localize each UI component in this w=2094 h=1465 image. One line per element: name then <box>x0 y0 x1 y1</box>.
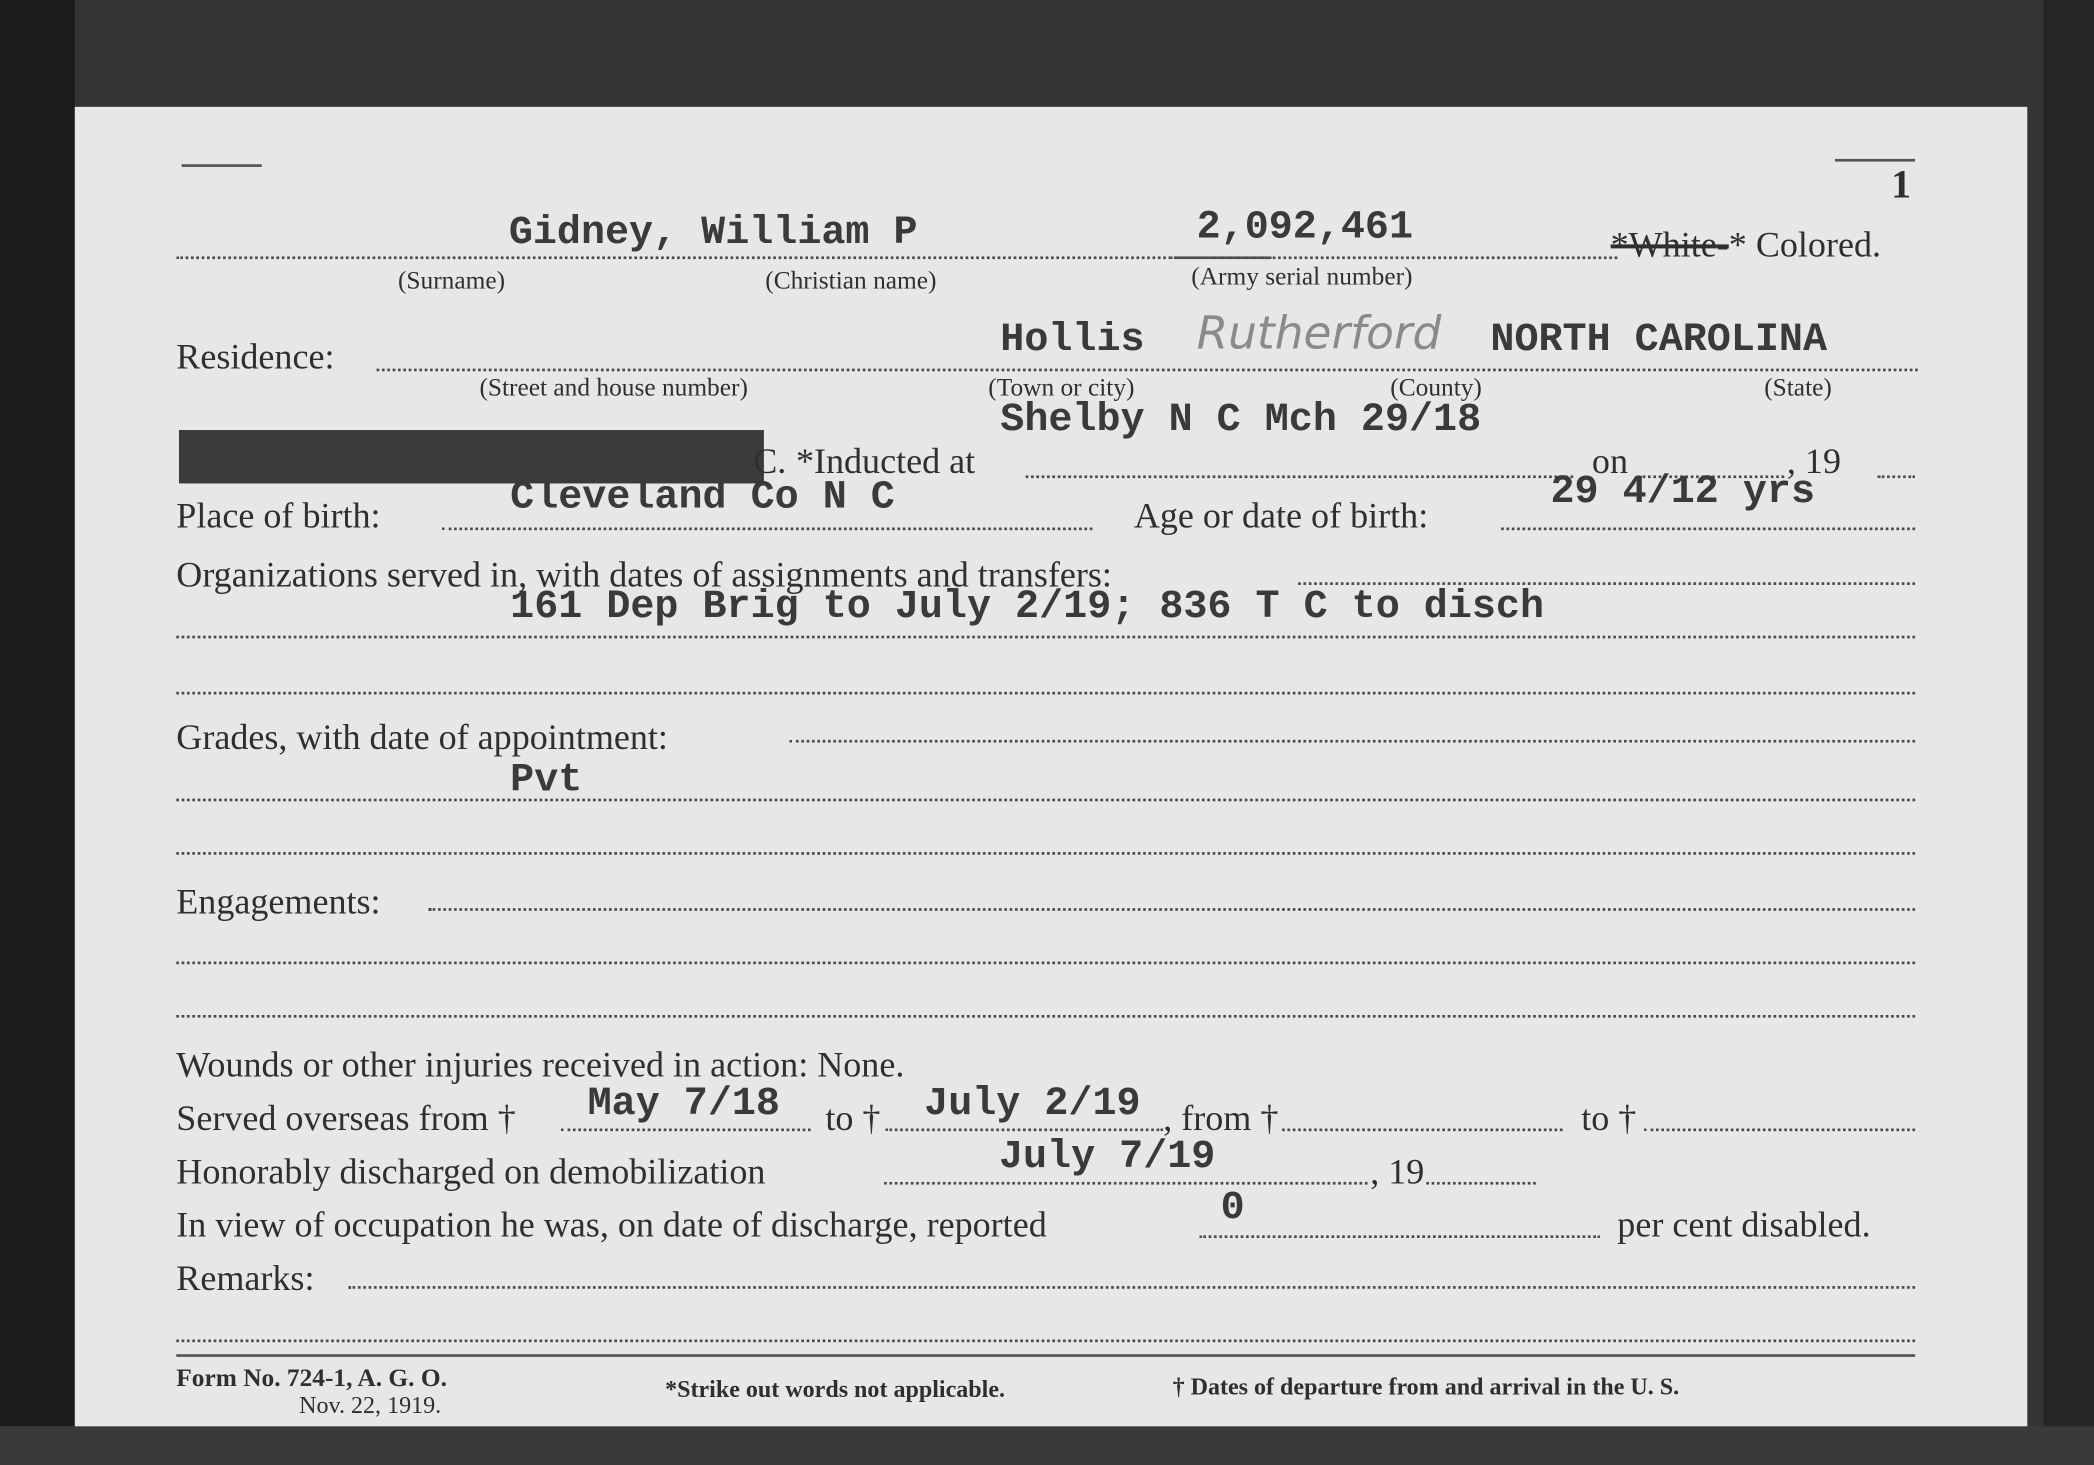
top-left-mark <box>182 164 262 167</box>
residence-state: NORTH CAROLINA <box>1490 318 1827 363</box>
scan-right-edge <box>2043 0 2094 1465</box>
scan-background: 1 Gidney, William P (Surname) (Christian… <box>0 0 2094 1465</box>
engagements-line-3 <box>176 1015 1915 1018</box>
age-label: Age or date of birth: <box>1134 495 1428 536</box>
discharge-line <box>884 1182 1367 1185</box>
residence-town: Hollis <box>1000 318 1144 363</box>
disability-label: In view of occupation he was, on date of… <box>176 1205 1046 1246</box>
overseas-label: Served overseas from † <box>176 1098 515 1139</box>
overseas-to-2-line <box>1644 1128 1915 1131</box>
grades-line-1 <box>789 740 1915 743</box>
birth-place-label: Place of birth: <box>176 495 380 536</box>
serial-value: 2,092,461 <box>1197 206 1413 251</box>
race-options: *White-* Colored. <box>1611 224 1881 265</box>
disability-value: 0 <box>1221 1186 1245 1231</box>
race-white-struck: *White <box>1611 224 1717 264</box>
strike-note: *Strike out words not applicable. <box>665 1376 1005 1404</box>
discharge-year: , 19 <box>1370 1151 1424 1192</box>
overseas-from-1-line <box>561 1128 811 1131</box>
overseas-from-1: May 7/18 <box>588 1082 780 1127</box>
form-number: Form No. 724-1, A. G. O. <box>176 1365 447 1394</box>
discharge-label: Honorably discharged on demobilization <box>176 1151 765 1192</box>
page-number: 1 <box>1891 163 1911 208</box>
overseas-to-label-1: to † <box>825 1098 880 1139</box>
street-caption: (Street and house number) <box>479 374 747 403</box>
discharge-value: July 7/19 <box>999 1135 1215 1180</box>
service-record-card: 1 Gidney, William P (Surname) (Christian… <box>75 107 2028 1426</box>
overseas-to-1: July 2/19 <box>924 1082 1140 1127</box>
remarks-line-1 <box>349 1286 1916 1289</box>
form-date: Nov. 22, 1919. <box>299 1392 441 1420</box>
discharge-year-line <box>1426 1182 1536 1185</box>
engagements-line-2 <box>176 962 1915 965</box>
age-value: 29 4/12 yrs <box>1551 470 1815 515</box>
overseas-to-1-line <box>885 1128 1163 1131</box>
race-colored: * Colored. <box>1729 224 1881 264</box>
name-line <box>176 256 1271 259</box>
induction-value: Shelby N C Mch 29/18 <box>1000 398 1481 443</box>
remarks-line-2 <box>176 1340 1915 1343</box>
induction-line <box>1026 475 1574 478</box>
engagements-label: Engagements: <box>176 881 380 922</box>
grades-line-3 <box>176 852 1915 855</box>
induction-year-line <box>1878 475 1915 478</box>
wounds-label: Wounds or other injuries received in act… <box>176 1044 904 1085</box>
disability-line <box>1199 1235 1600 1238</box>
scan-left-edge <box>0 0 75 1465</box>
disability-suffix: per cent disabled. <box>1617 1205 1870 1246</box>
footer-rule <box>176 1354 1915 1357</box>
name-value: Gidney, William P <box>509 211 918 256</box>
overseas-from-label-2: , from † <box>1163 1098 1278 1139</box>
surname-caption: (Surname) <box>398 267 505 296</box>
scan-bottom-edge <box>0 1426 2094 1465</box>
dates-note: † Dates of departure from and arrival in… <box>1173 1373 1680 1401</box>
christian-name-caption: (Christian name) <box>765 267 936 296</box>
top-right-mark <box>1835 159 1915 162</box>
birth-place-line <box>442 528 1092 531</box>
overseas-to-label-2: to † <box>1581 1098 1636 1139</box>
engagements-line-1 <box>429 908 1915 911</box>
serial-line <box>1170 256 1617 259</box>
residence-line <box>377 369 1918 372</box>
organizations-line-3 <box>176 692 1915 695</box>
grades-line-2 <box>176 799 1915 802</box>
remarks-label: Remarks: <box>176 1258 314 1299</box>
birth-place-value: Cleveland Co N C <box>510 475 895 520</box>
organizations-value: 161 Dep Brig to July 2/19; 836 T C to di… <box>510 585 1544 630</box>
grades-label: Grades, with date of appointment: <box>176 717 668 758</box>
age-line <box>1501 528 1915 531</box>
race-dash: - <box>1717 224 1729 264</box>
serial-caption: (Army serial number) <box>1191 263 1412 292</box>
residence-county-handwritten: Rutherford <box>1197 307 1442 360</box>
organizations-line-2 <box>176 636 1915 639</box>
state-caption: (State) <box>1764 374 1832 403</box>
overseas-from-2-line <box>1282 1128 1562 1131</box>
grades-value: Pvt <box>510 759 582 804</box>
residence-label: Residence: <box>176 337 334 378</box>
